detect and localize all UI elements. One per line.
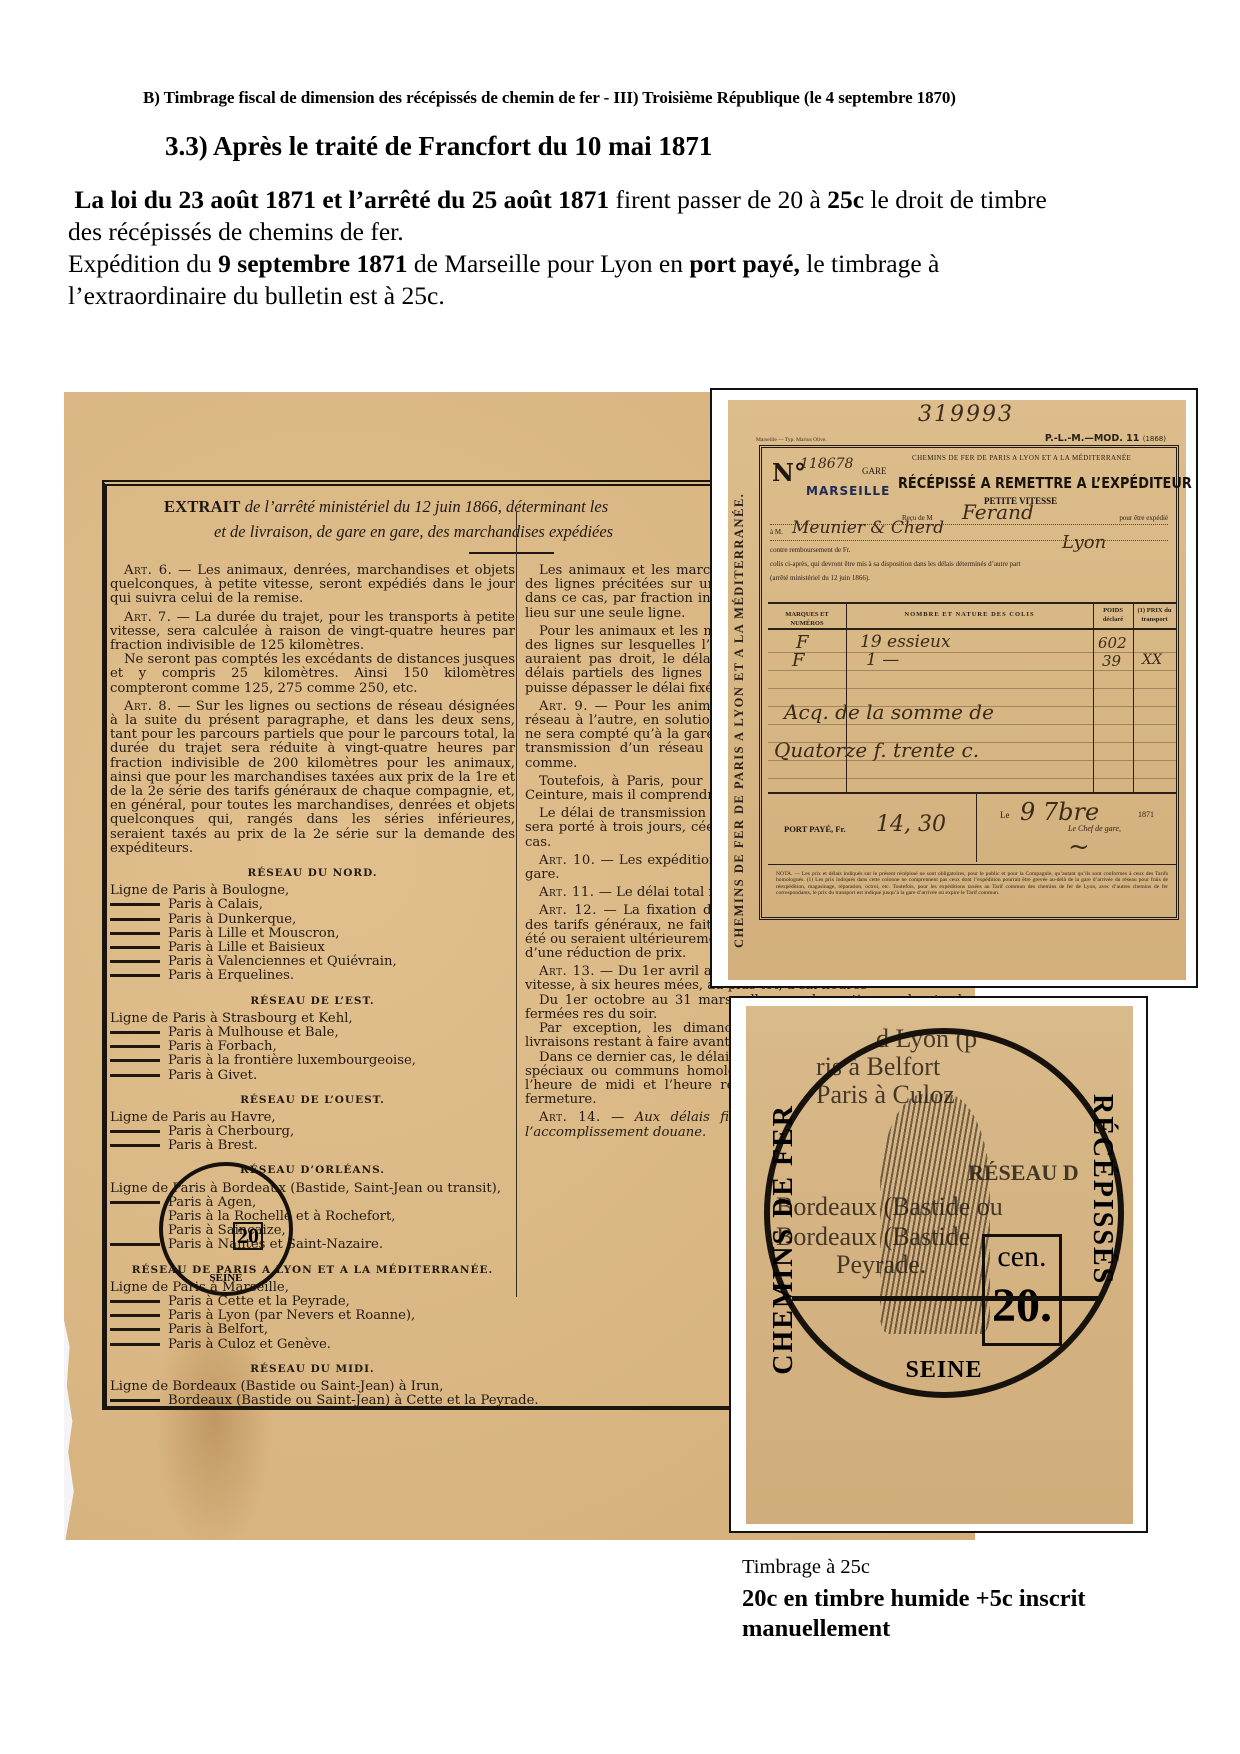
intro-text-fragment: le timbrage à bbox=[800, 249, 939, 278]
payment-mode: port payé, bbox=[689, 249, 800, 278]
contre-label: contre remboursement de Fr. bbox=[770, 546, 850, 554]
intro-text-fragment: de Marseille pour Lyon en bbox=[408, 249, 690, 278]
stamp-ring-right: RÉCÉPISSÉS bbox=[1086, 1094, 1118, 1285]
payment-section: PORT PAYÉ, Fr. 14, 30 Le 9 7bre 1871 Le … bbox=[768, 792, 1176, 862]
article-text: — La durée du trajet, pour les transport… bbox=[110, 610, 515, 653]
shipment-date: 9 septembre 1871 bbox=[218, 249, 407, 278]
article-label: Art. 8. bbox=[124, 699, 172, 714]
arrete-label: (arrêté ministériel du 12 juin 1866). bbox=[770, 574, 870, 582]
breadcrumb: B) Timbrage fiscal de dimension des récé… bbox=[143, 88, 956, 108]
column-header: MARQUES ET NUMÉROS bbox=[768, 610, 846, 628]
row-rule bbox=[768, 670, 1176, 671]
network-line: Paris à Lyon (par Nevers et Roanne), bbox=[110, 1309, 515, 1323]
network-line: Paris à Erquelines. bbox=[110, 969, 515, 983]
nota-text: NOTA. — Les prix et délais indiqués sur … bbox=[768, 864, 1176, 919]
caption-detail: 20c en timbre humide +5c inscrit manuell… bbox=[742, 1584, 1182, 1644]
network-line: Paris à Culoz et Genève. bbox=[110, 1338, 515, 1352]
line-text: Paris à Cette et la Peyrade, bbox=[168, 1294, 350, 1309]
company-name: CHEMINS DE FER DE PARIS A LYON ET A LA M… bbox=[912, 454, 1131, 462]
row-nombre: 19 essieux bbox=[860, 632, 951, 652]
station-stamp: MARSEILLE bbox=[806, 484, 890, 498]
receipt-inset-frame: 319993 Marseille — Typ. Marius Olive. P.… bbox=[710, 388, 1198, 988]
stamp-department: SEINE bbox=[163, 1272, 289, 1284]
extrait-label: EXTRAIT bbox=[164, 497, 241, 516]
network-line: Paris à Belfort, bbox=[110, 1323, 515, 1337]
receipt-form: N° 118678 GARE MARSEILLE CHEMINS DE FER … bbox=[759, 445, 1179, 920]
printer-imprint: Marseille — Typ. Marius Olive. bbox=[756, 437, 827, 443]
line-text: Paris à Givet. bbox=[168, 1068, 257, 1083]
fiscal-stamp-large: CHEMINS DE FER RÉCÉPISSÉS cen. 20. SEINE bbox=[764, 1028, 1124, 1398]
row-rule bbox=[768, 688, 1176, 689]
line-text: Paris à Lyon (par Nevers et Roanne), bbox=[168, 1308, 415, 1323]
section-divider bbox=[976, 794, 977, 862]
model-code: P.-L.-M.—MOD. 11 bbox=[1045, 433, 1140, 444]
network-line: Paris à Givet. bbox=[110, 1069, 515, 1083]
row-prix: XX bbox=[1142, 652, 1162, 668]
column-divider bbox=[1093, 604, 1094, 792]
network-line: Paris à la frontière luxembourgeoise, bbox=[110, 1054, 515, 1068]
article-text: — Sur les lignes ou sections de réseau d… bbox=[110, 699, 515, 856]
column-header: NOMBRE ET NATURE DES COLIS bbox=[846, 610, 1093, 619]
side-company-text: CHEMINS DE FER DE PARIS A LYON ET A LA M… bbox=[732, 460, 750, 980]
network-line: Paris à Lille et Baisieux bbox=[110, 941, 515, 955]
network-title: RÉSEAU DE L’OUEST. bbox=[110, 1093, 515, 1107]
intro-line-1: La loi du 23 août 1871 et l’arrêté du 25… bbox=[68, 184, 1208, 216]
column-divider bbox=[846, 604, 847, 792]
section-title: 3.3) Après le traité de Francfort du 10 … bbox=[165, 131, 712, 162]
gare-label: GARE bbox=[862, 466, 887, 476]
network-line: Ligne de Paris au Havre, bbox=[110, 1111, 515, 1125]
stamp-cent: cen. bbox=[985, 1237, 1059, 1277]
line-text: Paris à Cherbourg, bbox=[168, 1124, 294, 1139]
acquit-line-2: Quatorze f. trente c. bbox=[774, 738, 979, 762]
stamp-value-text: 20 bbox=[237, 1223, 259, 1248]
form-model: P.-L.-M.—MOD. 11 (1868) bbox=[1045, 433, 1166, 444]
row-poids: 39 bbox=[1102, 652, 1121, 670]
serial-number: 319993 bbox=[918, 402, 1014, 427]
am-label: à M. bbox=[770, 528, 783, 536]
network-line: Paris à Lille et Mouscron, bbox=[110, 927, 515, 941]
article-7: Art. 7. — La durée du trajet, pour les t… bbox=[110, 611, 515, 654]
port-paye-label: PORT PAYÉ, Fr. bbox=[784, 824, 846, 834]
year-value: 1871 bbox=[1138, 810, 1154, 819]
port-paye-amount: 14, 30 bbox=[876, 812, 946, 837]
row-marque: F bbox=[792, 650, 805, 671]
row-poids: 602 bbox=[1098, 634, 1127, 652]
model-year: (1868) bbox=[1143, 435, 1166, 443]
article-label: Art. 12. bbox=[539, 903, 597, 918]
law-date: La loi du 23 août 1871 et l’arrêté du 25… bbox=[74, 185, 609, 214]
network-line: Paris à Mulhouse et Bale, bbox=[110, 1026, 515, 1040]
network-line: Ligne de Paris à Strasbourg et Kehl, bbox=[110, 1012, 515, 1026]
stamp-department: SEINE bbox=[770, 1357, 1118, 1384]
torn-edge bbox=[64, 1320, 78, 1540]
article-label: Art. 14. bbox=[539, 1110, 601, 1125]
article-label: Art. 10. bbox=[539, 853, 595, 868]
intro-text-fragment: Expédition du bbox=[68, 249, 218, 278]
pour-label: pour être expédié bbox=[1119, 514, 1168, 522]
network-line: Bordeaux (Bastide ou Saint-Jean) à Cette… bbox=[110, 1394, 515, 1408]
intro-line-2: des récépissés de chemins de fer. bbox=[68, 216, 1208, 248]
line-text: Paris à Mulhouse et Bale, bbox=[168, 1025, 339, 1040]
network-title: RÉSEAU DU MIDI. bbox=[110, 1362, 515, 1376]
column-header: POIDS déclaré bbox=[1093, 606, 1133, 624]
intro-text: La loi du 23 août 1871 et l’arrêté du 25… bbox=[68, 184, 1208, 312]
acquit-line-1: Acq. de la somme de bbox=[784, 700, 994, 724]
line-text: Paris à Dunkerque, bbox=[168, 912, 296, 927]
stamp-enlargement: d Lyon (p ris à Belfort Paris à Culoz RÉ… bbox=[746, 1006, 1133, 1524]
header-rule bbox=[768, 628, 1176, 630]
network-line: Paris à Cherbourg, bbox=[110, 1125, 515, 1139]
line-text: Paris à la frontière luxembourgeoise, bbox=[168, 1053, 416, 1068]
row-nombre: 1 — bbox=[866, 650, 899, 670]
row-rule bbox=[768, 778, 1176, 779]
article-label: Art. 9. bbox=[539, 699, 588, 714]
sender-name: Ferand bbox=[962, 500, 1034, 524]
article-label: Art. 13. bbox=[539, 964, 595, 979]
line-text: Paris à Lille et Baisieux bbox=[168, 940, 325, 955]
article-8: Art. 8. — Sur les lignes ou sections de … bbox=[110, 700, 515, 856]
line-text: Paris à Valenciennes et Quiévrain, bbox=[168, 954, 397, 969]
column-divider bbox=[1133, 604, 1134, 792]
network-line: Ligne de Paris à Boulogne, bbox=[110, 884, 515, 898]
dotted-line bbox=[770, 540, 1168, 541]
stamp-value: 20. bbox=[985, 1277, 1059, 1335]
stamp-value-box: cen. 20. bbox=[982, 1234, 1062, 1346]
line-text: Bordeaux (Bastide ou Saint-Jean) à Cette… bbox=[168, 1393, 539, 1408]
article-6: Art. 6. — Les animaux, denrées, marchand… bbox=[110, 564, 515, 607]
article-7-b: Ne seront pas comptés les excédants de d… bbox=[110, 653, 515, 696]
network-line: Paris à Brest. bbox=[110, 1139, 515, 1153]
parcels-table: MARQUES ET NUMÉROS NOMBRE ET NATURE DES … bbox=[768, 602, 1176, 792]
network-line: Paris à Dunkerque, bbox=[110, 913, 515, 927]
row-rule bbox=[768, 724, 1176, 725]
article-label: Art. 6. bbox=[124, 563, 172, 578]
article-label: Art. 11. bbox=[539, 885, 595, 900]
caption-title: Timbrage à 25c bbox=[742, 1556, 870, 1579]
receipt-title: RÉCÉPISSÉ A REMETTRE A L’EXPÉDITEUR bbox=[898, 474, 1192, 492]
line-text: Paris à Calais, bbox=[168, 897, 263, 912]
line-text: Paris à Forbach, bbox=[168, 1039, 277, 1054]
network-title: RÉSEAU D’ORLÉANS. bbox=[110, 1163, 515, 1177]
recipient-name: Meunier & Cherd bbox=[792, 518, 944, 538]
fiscal-stamp-small: 20 SEINE bbox=[159, 1162, 293, 1296]
intro-line-4: l’extraordinaire du bulletin est à 25c. bbox=[68, 280, 1208, 312]
network-title: RÉSEAU DU NORD. bbox=[110, 866, 515, 880]
date-label: Le bbox=[1000, 810, 1010, 820]
network-line: Ligne de Bordeaux (Bastide ou Saint-Jean… bbox=[110, 1380, 515, 1394]
railway-receipt: 319993 Marseille — Typ. Marius Olive. P.… bbox=[728, 400, 1186, 980]
date-value: 9 7bre bbox=[1020, 798, 1099, 826]
destination: Lyon bbox=[1062, 532, 1106, 553]
intro-line-3: Expédition du 9 septembre 1871 de Marsei… bbox=[68, 248, 1208, 280]
network-title: RÉSEAU DE L’EST. bbox=[110, 994, 515, 1008]
network-line: Paris à Forbach, bbox=[110, 1040, 515, 1054]
line-text: Paris à Lille et Mouscron, bbox=[168, 926, 339, 941]
intro-text-fragment: firent passer de 20 à bbox=[609, 185, 827, 214]
network-line: Paris à Calais, bbox=[110, 898, 515, 912]
article-label: Art. 7. bbox=[124, 610, 172, 625]
signature: ~ bbox=[1068, 832, 1090, 862]
stamp-value: 20 bbox=[233, 1222, 263, 1250]
intro-text-fragment: le droit de timbre bbox=[864, 185, 1047, 214]
stamp-inset-frame: d Lyon (p ris à Belfort Paris à Culoz RÉ… bbox=[729, 996, 1148, 1533]
network-line: Paris à Cette et la Peyrade, bbox=[110, 1295, 515, 1309]
stamp-bar bbox=[792, 1296, 1098, 1301]
line-text: Paris à Brest. bbox=[168, 1138, 258, 1153]
stamp-ring-left: CHEMINS DE FER bbox=[768, 1104, 800, 1375]
line-text: Paris à Belfort, bbox=[168, 1322, 268, 1337]
network-line: Paris à Valenciennes et Quiévrain, bbox=[110, 955, 515, 969]
line-text: Paris à Culoz et Genève. bbox=[168, 1337, 331, 1352]
column-header: (1) PRIX du transport bbox=[1133, 606, 1176, 624]
line-text: Paris à Erquelines. bbox=[168, 968, 294, 983]
new-rate: 25c bbox=[827, 185, 864, 214]
colis-label: colis ci-après, qui devront être mis à s… bbox=[770, 560, 1021, 568]
receipt-number: 118678 bbox=[800, 456, 853, 472]
